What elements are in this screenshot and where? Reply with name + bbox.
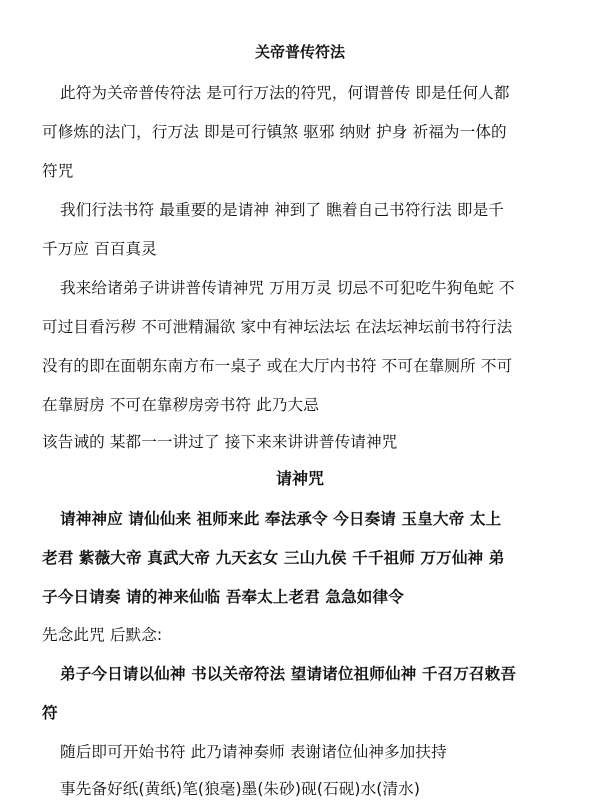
paragraph-line: 千万应 百百真灵 xyxy=(42,239,157,259)
paragraph-line: 此符为关帝普传符法 是可行万法的符咒，何谓普传 即是任何人都 xyxy=(60,83,510,103)
paragraph-line: 该告诫的 某都一一讲过了 接下来来讲讲普传请神咒 xyxy=(42,432,397,452)
paragraph-line: 在靠厨房 不可在靠秽房旁书符 此乃大忌 xyxy=(42,395,319,415)
paragraph-line: 可修炼的法门，行万法 即是可行镇煞 驱邪 纳财 护身 祈福为一体的 xyxy=(42,122,507,142)
closing-line: 事先备好纸(黄纸)笔(狼毫)墨(朱砂)砚(石砚)水(清水) xyxy=(60,779,420,799)
document-title: 关帝普传符法 xyxy=(42,42,558,62)
instruction-text: 先念此咒 后默念: xyxy=(42,625,162,645)
paragraph-line: 我们行法书符 最重要的是请神 神到了 瞧着自己书符行法 即是千 xyxy=(60,200,504,220)
paragraph-line: 没有的即在面朝东南方布一桌子 或在大厅内书符 不可在靠厕所 不可 xyxy=(42,356,512,376)
mantra-line: 请神神应 请仙仙来 祖师来此 奉法承令 今日奏请 玉皇大帝 太上 xyxy=(60,509,501,529)
section-subtitle: 请神咒 xyxy=(42,469,558,489)
mantra-line: 老君 紫薇大帝 真武大帝 九天玄女 三山九侯 千千祖师 万万仙神 弟 xyxy=(42,548,504,568)
mantra-line: 子今日请奏 请的神来仙临 吾奉太上老君 急急如律令 xyxy=(42,587,404,607)
paragraph-line: 可过目看污秽 不可泄精漏欲 家中有神坛法坛 在法坛神坛前书符行法 xyxy=(42,317,512,337)
closing-line: 随后即可开始书符 此乃请神奏师 表谢诸位仙神多加扶持 xyxy=(60,742,447,762)
silent-mantra-line: 弟子今日请以仙神 书以关帝符法 望请诸位祖师仙神 千召万召敕吾 xyxy=(60,664,516,684)
paragraph-line: 符咒 xyxy=(42,161,73,181)
silent-mantra-line: 符 xyxy=(42,703,58,723)
paragraph-line: 我来给诸弟子讲讲普传请神咒 万用万灵 切忌不可犯吃牛狗龟蛇 不 xyxy=(60,278,515,298)
